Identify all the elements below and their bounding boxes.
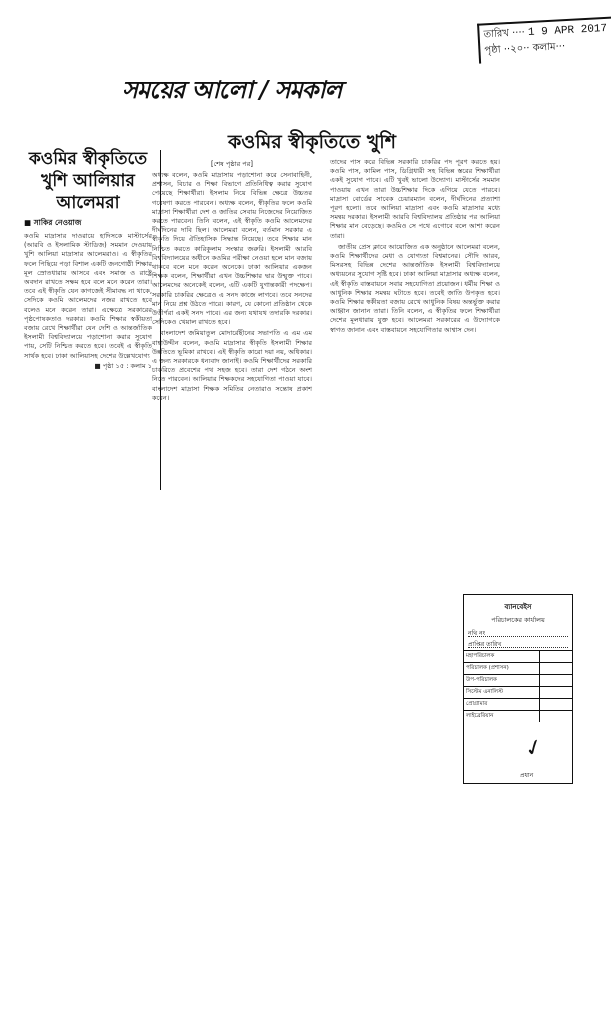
main-article-column-2: তাদের পাস করে বিভিন্ন সরকারি চাকরির পদ প… [330, 158, 500, 335]
main-article-column-1: [শেষ পৃষ্ঠার পর] অধ্যক্ষ বলেন, কওমি মাদ্… [152, 158, 312, 403]
page-label: পৃষ্ঠা [484, 44, 501, 56]
form-header-org: ব্যানবেইস [464, 601, 572, 613]
column-1b-text: বাংলাদেশ জমিয়াতুল মোদার্রেছীনের সভাপতি … [152, 329, 312, 403]
routing-form: ব্যানবেইস পরিচালকের কার্যালয় নথি নং প্র… [463, 594, 573, 784]
side-article-byline: ■ সাকির নেওয়াজ [24, 218, 152, 230]
date-stamp: তারিখ ···· 1 9 APR 2017 পৃষ্ঠা ··২০·· কল… [477, 16, 611, 63]
column-2-text: তাদের পাস করে বিভিন্ন সরকারি চাকরির পদ প… [330, 158, 500, 241]
column-label: কলাম [532, 42, 555, 54]
column-1-text: অধ্যক্ষ বলেন, কওমি মাদ্রাসায় পড়াশোনা ক… [152, 171, 312, 327]
form-field-received-date: প্রাপ্তির তারিখ [468, 639, 568, 648]
main-article-title: কওমির স্বীকৃতিতে খুশি [228, 128, 396, 160]
table-row: সিস্টেম এনালিস্ট [464, 687, 572, 699]
table-row: উপ-পরিচালক [464, 675, 572, 687]
side-article-continuation: ■ পৃষ্ঠা ১৫ : কলাম ১ [24, 362, 152, 371]
table-row: মহাপরিচালক [464, 651, 572, 663]
side-article-body: কওমি মাদ্রাসার দাওরায়ে হাদিসকে মাস্টার্… [24, 232, 152, 361]
form-field-file-no: নথি নং [468, 628, 568, 637]
date-value: 1 9 APR 2017 [528, 23, 608, 39]
form-header-office: পরিচালকের কার্যালয় [464, 615, 572, 626]
date-label: তারিখ [483, 28, 509, 40]
form-routing-table: মহাপরিচালক পরিচালক (প্রশাসন) উপ-পরিচালক … [464, 650, 572, 722]
table-row: পরিচালক (প্রশাসন) [464, 663, 572, 675]
column-2b-text: জাতীয় প্রেস ক্লাবে আয়োজিত এক অনুষ্ঠানে… [330, 243, 500, 335]
side-article-title: কওমির স্বীকৃতিতে খুশি আলিয়ার আলেমরা [24, 148, 152, 214]
page-value: ২০ [510, 43, 524, 55]
form-footer: প্রধান [520, 770, 533, 781]
table-row: লাইব্রেরিয়ান [464, 711, 572, 723]
newspaper-masthead: সময়ের আলো / সমকাল [122, 72, 341, 112]
continued-from: [শেষ পৃষ্ঠার পর] [152, 158, 312, 170]
side-article: কওমির স্বীকৃতিতে খুশি আলিয়ার আলেমরা ■ স… [24, 148, 152, 371]
table-row: প্রোগ্রামার [464, 699, 572, 711]
